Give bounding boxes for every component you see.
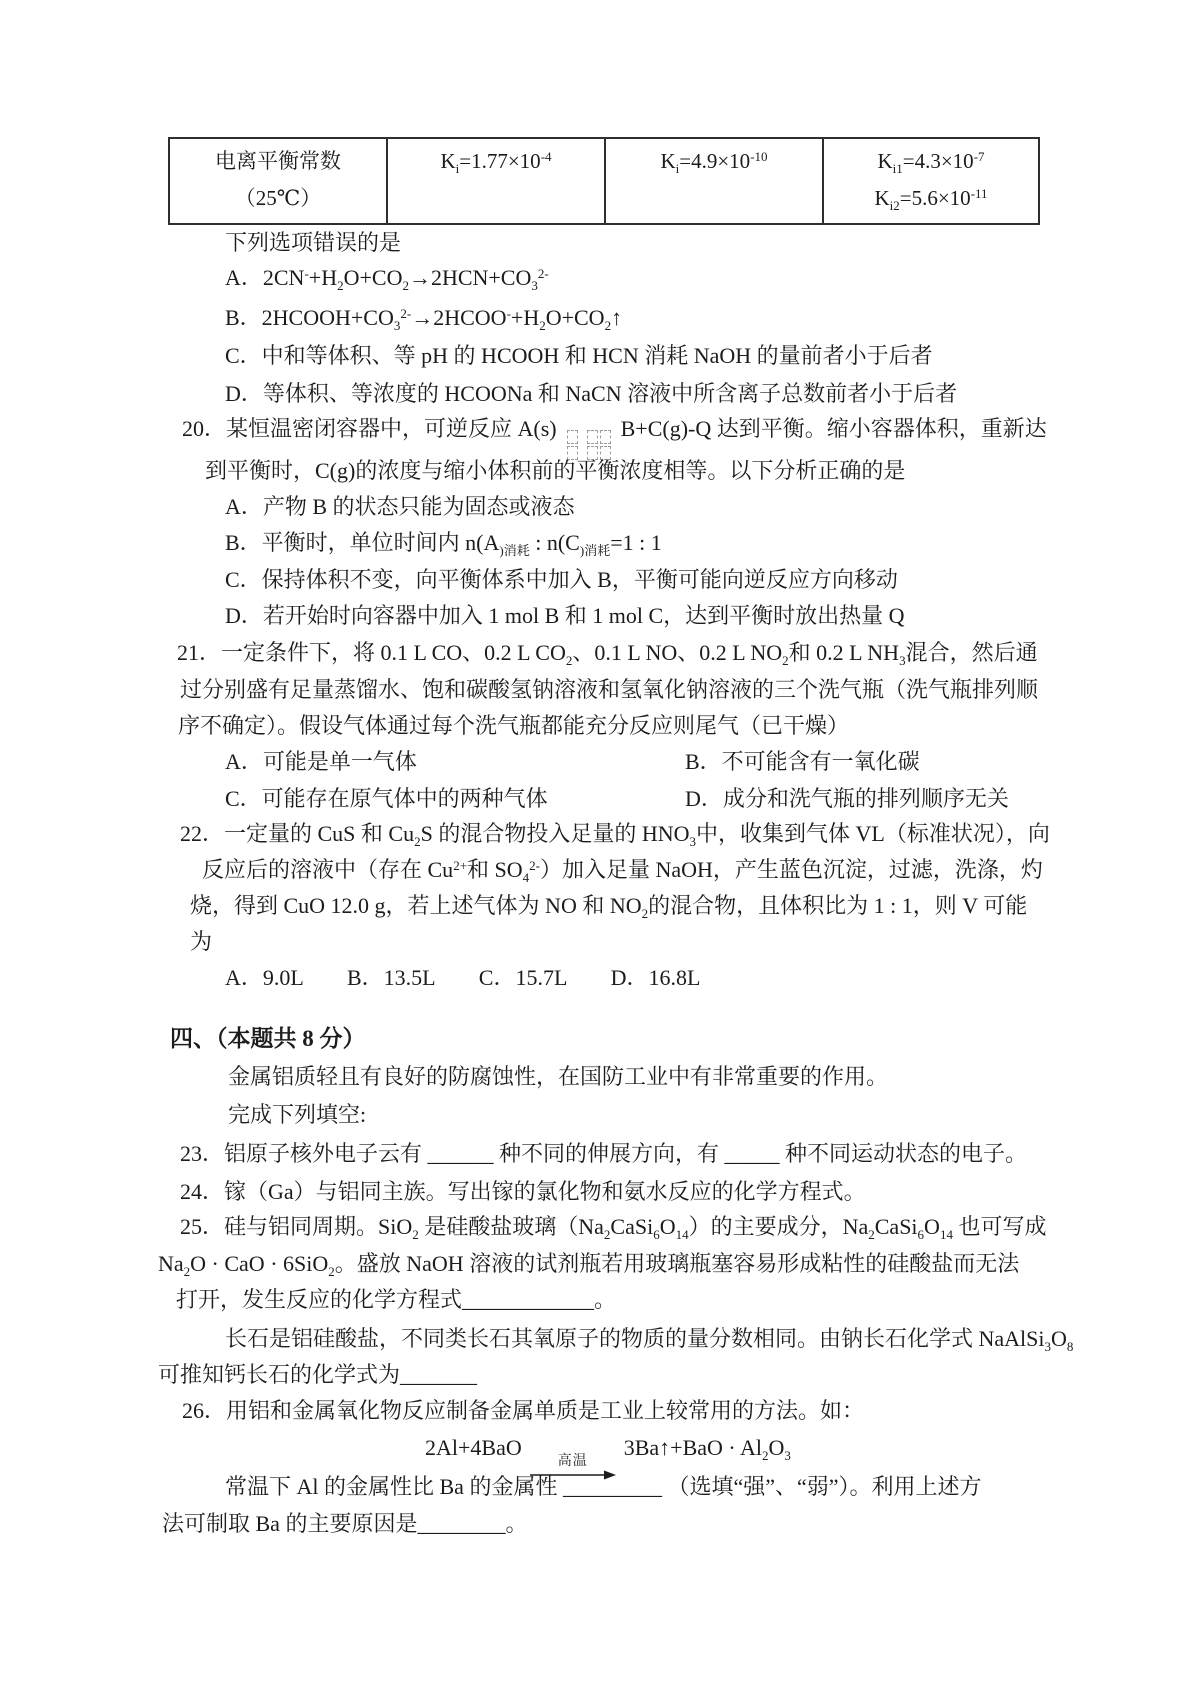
- q22-line1: 22．一定量的 CuS 和 Cu2S 的混合物投入足量的 HNO3中，收集到气体…: [180, 819, 1050, 849]
- q22-line2: 反应后的溶液中（存在 Cu2+和 SO42-）加入足量 NaOH，产生蓝色沉淀，…: [202, 855, 1043, 885]
- q20-option-c: C．保持体积不变，向平衡体系中加入 B，平衡可能向逆反应方向移动: [225, 565, 898, 595]
- table-cell-header: 电离平衡常数 （25℃）: [169, 138, 387, 224]
- q25-line1: 25．硅与铝同周期。SiO2 是硅酸盐玻璃（Na2CaSi6O14）的主要成分，…: [180, 1212, 1046, 1242]
- q20-option-a: A．产物 B 的状态只能为固态或液态: [225, 492, 575, 522]
- q25-line2: Na2O · CaO · 6SiO2。盛放 NaOH 溶液的试剂瓶若用玻璃瓶塞容…: [158, 1249, 1019, 1279]
- reaction-condition-label: 高温: [558, 1454, 588, 1469]
- q26-line1: 26．用铝和金属氧化物反应制备金属单质是工业上较常用的方法。如：: [182, 1396, 864, 1426]
- q21-option-c: C．可能存在原气体中的两种气体: [225, 784, 548, 814]
- q20-line1-pre: 20．某恒温密闭容器中，可逆反应 A(s): [182, 416, 557, 441]
- q21-line2: 过分别盛有足量蒸馏水、饱和碳酸氢钠溶液和氢氧化钠溶液的三个洗气瓶（洗气瓶排列顺: [180, 675, 1038, 705]
- q21-option-d: D．成分和洗气瓶的排列顺序无关: [685, 784, 1009, 814]
- section4-heading: 四、（本题共 8 分）: [170, 1024, 366, 1054]
- table-header-line2: （25℃）: [174, 180, 382, 217]
- q20-option-d: D．若开始时向容器中加入 1 mol B 和 1 mol C，达到平衡时放出热量…: [225, 601, 905, 631]
- q22-line4: 为: [190, 927, 212, 957]
- q21-line1: 21．一定条件下，将 0.1 L CO、0.2 L CO2、0.1 L NO、0…: [177, 638, 1038, 668]
- q21-option-a: A．可能是单一气体: [225, 747, 417, 777]
- exam-page: 电离平衡常数 （25℃） Ki=1.77×10-4 Ki=4.9×10-10 K…: [0, 0, 1200, 1698]
- table-cell-ki-hcn: Ki=4.9×10-10: [605, 138, 823, 224]
- q22-options: A．9.0L B．13.5L C．15.7L D．16.8L: [225, 963, 700, 993]
- q20-line1: 20．某恒温密闭容器中，可逆反应 A(s)B+C(g)-Q 达到平衡。缩小容器体…: [182, 414, 1047, 460]
- q26-equation-right: 3Ba↑+BaO · Al2O3: [624, 1435, 791, 1460]
- q20-line1-post: B+C(g)-Q 达到平衡。缩小容器体积，重新达: [621, 416, 1047, 441]
- section4-intro1: 金属铝质轻且有良好的防腐蚀性，在国防工业中有非常重要的作用。: [228, 1062, 888, 1092]
- q26-line3: 常温下 Al 的金属性比 Ba 的金属性 _________ （选填“强”、“弱…: [225, 1472, 982, 1502]
- q25-line4: 长石是铝硅酸盐，不同类长石其氧原子的物质的量分数相同。由钠长石化学式 NaAlS…: [225, 1324, 1073, 1354]
- q24-line: 24．镓（Ga）与铝同主族。写出镓的氯化物和氨水反应的化学方程式。: [180, 1177, 866, 1207]
- table-ki1-value: Ki1=4.3×10-7: [828, 143, 1034, 180]
- q26-equation-left: 2Al+4BaO: [425, 1435, 522, 1460]
- q22-line3: 烧，得到 CuO 12.0 g，若上述气体为 NO 和 NO2的混合物，且体积比…: [190, 891, 1027, 921]
- q23-line: 23．铝原子核外电子云有 ______ 种不同的伸展方向，有 _____ 种不同…: [180, 1139, 1027, 1169]
- qtail-stem: 下列选项错误的是: [225, 228, 401, 258]
- qtail-option-a: A．2CN-+H2O+CO2→2HCN+CO32-: [225, 263, 549, 293]
- qtail-option-c: C．中和等体积、等 pH 的 HCOOH 和 HCN 消耗 NaOH 的量前者小…: [225, 341, 933, 371]
- qtail-option-d: D．等体积、等浓度的 HCOONa 和 NaCN 溶液中所含离子总数前者小于后者: [225, 379, 957, 409]
- table-header-line1: 电离平衡常数: [174, 143, 382, 180]
- q20-line2: 到平衡时，C(g)的浓度与缩小体积前的平衡浓度相等。以下分析正确的是: [205, 456, 905, 486]
- q20-option-b: B．平衡时，单位时间内 n(A)消耗 : n(C)消耗=1 : 1: [225, 528, 662, 558]
- q21-option-b: B．不可能含有一氧化碳: [685, 747, 920, 777]
- q25-line5: 可推知钙长石的化学式为_______: [158, 1360, 477, 1390]
- table-row: 电离平衡常数 （25℃） Ki=1.77×10-4 Ki=4.9×10-10 K…: [169, 138, 1039, 224]
- qtail-option-b: B．2HCOOH+CO32-→2HCOO-+H2O+CO2↑: [225, 303, 622, 333]
- section4-intro2: 完成下列填空:: [228, 1100, 366, 1130]
- table-cell-ki-h2co3: Ki1=4.3×10-7 Ki2=5.6×10-11: [823, 138, 1039, 224]
- q26-line4: 法可制取 Ba 的主要原因是________。: [162, 1509, 527, 1539]
- table-cell-ki-hcooh: Ki=1.77×10-4: [387, 138, 605, 224]
- q25-line3: 打开，发生反应的化学方程式____________。: [176, 1285, 616, 1315]
- q21-line3: 序不确定）。假设气体通过每个洗气瓶都能充分反应则尾气（已干燥）: [178, 711, 849, 741]
- equilibrium-constants-table: 电离平衡常数 （25℃） Ki=1.77×10-4 Ki=4.9×10-10 K…: [168, 137, 1040, 225]
- table-ki2-value: Ki2=5.6×10-11: [828, 180, 1034, 217]
